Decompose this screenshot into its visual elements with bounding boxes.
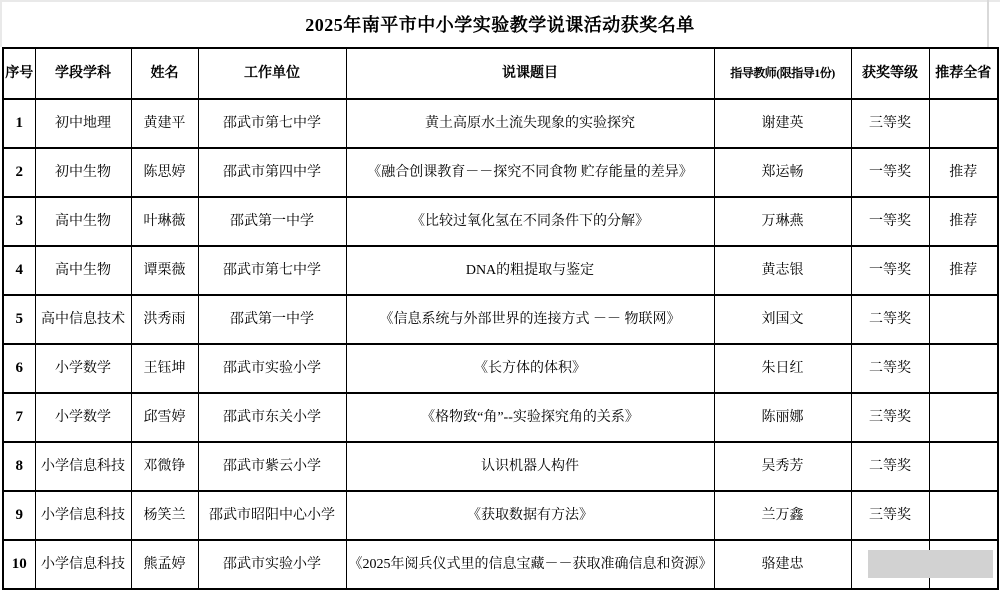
cell-lecture-topic: 《比较过氧化氢在不同条件下的分解》 xyxy=(346,197,714,246)
cell-name: 黄建平 xyxy=(131,99,198,148)
cell-serial-number: 3 xyxy=(3,197,35,246)
header-level-subject: 学段学科 xyxy=(35,48,131,99)
cell-work-unit: 邵武市第七中学 xyxy=(198,246,346,295)
header-advisor: 指导教师(限指导1份) xyxy=(714,48,851,99)
cell-name: 王钰坤 xyxy=(131,344,198,393)
cell-recommend xyxy=(929,442,998,491)
document-page: 2025年南平市中小学实验教学说课活动获奖名单 序号 学段学科 姓名 工作单位 … xyxy=(0,0,1000,590)
cell-level-subject: 高中生物 xyxy=(35,246,131,295)
cell-work-unit: 邵武市实验小学 xyxy=(198,540,346,589)
header-serial-number: 序号 xyxy=(3,48,35,99)
header-work-unit: 工作单位 xyxy=(198,48,346,99)
table-row: 5 高中信息技术 洪秀雨 邵武第一中学 《信息系统与外部世界的连接方式 －－ 物… xyxy=(3,295,998,344)
table-row: 7 小学数学 邱雪婷 邵武市东关小学 《格物致“角”--实验探究角的关系》 陈丽… xyxy=(3,393,998,442)
cell-advisor: 谢建英 xyxy=(714,99,851,148)
header-name: 姓名 xyxy=(131,48,198,99)
cell-recommend: 推荐 xyxy=(929,246,998,295)
cell-recommend xyxy=(929,344,998,393)
header-recommend: 推荐全省 xyxy=(929,48,998,99)
cell-work-unit: 邵武市东关小学 xyxy=(198,393,346,442)
cell-award-level: 三等奖 xyxy=(851,99,929,148)
cell-lecture-topic: 认识机器人构件 xyxy=(346,442,714,491)
cell-advisor: 兰万鑫 xyxy=(714,491,851,540)
cell-award-level: 三等奖 xyxy=(851,491,929,540)
cell-level-subject: 初中地理 xyxy=(35,99,131,148)
cell-recommend: 推荐 xyxy=(929,197,998,246)
cell-work-unit: 邵武市实验小学 xyxy=(198,344,346,393)
cell-advisor: 陈丽娜 xyxy=(714,393,851,442)
cell-serial-number: 8 xyxy=(3,442,35,491)
cell-name: 邱雪婷 xyxy=(131,393,198,442)
cell-level-subject: 小学信息科技 xyxy=(35,442,131,491)
cell-award-level: 二等奖 xyxy=(851,295,929,344)
cell-level-subject: 小学数学 xyxy=(35,393,131,442)
cell-lecture-topic: 《长方体的体积》 xyxy=(346,344,714,393)
cell-work-unit: 邵武市昭阳中心小学 xyxy=(198,491,346,540)
cell-advisor: 郑运畅 xyxy=(714,148,851,197)
cell-name: 谭栗薇 xyxy=(131,246,198,295)
cell-work-unit: 邵武第一中学 xyxy=(198,197,346,246)
cell-level-subject: 高中信息技术 xyxy=(35,295,131,344)
cell-lecture-topic: 《获取数据有方法》 xyxy=(346,491,714,540)
table-row: 10 小学信息科技 熊孟婷 邵武市实验小学 《2025年阅兵仪式里的信息宝藏－－… xyxy=(3,540,998,589)
cell-advisor: 骆建忠 xyxy=(714,540,851,589)
cell-advisor: 刘国文 xyxy=(714,295,851,344)
cell-award-level: 二等奖 xyxy=(851,344,929,393)
header-award-level: 获奖等级 xyxy=(851,48,929,99)
cell-serial-number: 5 xyxy=(3,295,35,344)
cell-work-unit: 邵武市第四中学 xyxy=(198,148,346,197)
cell-serial-number: 10 xyxy=(3,540,35,589)
cell-recommend: 推荐 xyxy=(929,148,998,197)
cell-work-unit: 邵武第一中学 xyxy=(198,295,346,344)
cell-advisor: 吴秀芳 xyxy=(714,442,851,491)
cell-serial-number: 6 xyxy=(3,344,35,393)
cell-level-subject: 初中生物 xyxy=(35,148,131,197)
table-row: 1 初中地理 黄建平 邵武市第七中学 黄土高原水土流失现象的实验探究 谢建英 三… xyxy=(3,99,998,148)
table-row: 2 初中生物 陈思婷 邵武市第四中学 《融合创课教育－－探究不同食物 贮存能量的… xyxy=(3,148,998,197)
cell-level-subject: 高中生物 xyxy=(35,197,131,246)
cell-advisor: 黄志银 xyxy=(714,246,851,295)
cell-recommend xyxy=(929,99,998,148)
cell-name: 杨笑兰 xyxy=(131,491,198,540)
cell-serial-number: 7 xyxy=(3,393,35,442)
cell-serial-number: 2 xyxy=(3,148,35,197)
table-row: 6 小学数学 王钰坤 邵武市实验小学 《长方体的体积》 朱日红 二等奖 xyxy=(3,344,998,393)
cell-recommend xyxy=(929,393,998,442)
cell-work-unit: 邵武市紫云小学 xyxy=(198,442,346,491)
header-lecture-topic: 说课题目 xyxy=(346,48,714,99)
cell-serial-number: 4 xyxy=(3,246,35,295)
cell-serial-number: 1 xyxy=(3,99,35,148)
cell-name: 叶琳薇 xyxy=(131,197,198,246)
cell-lecture-topic: 《格物致“角”--实验探究角的关系》 xyxy=(346,393,714,442)
cell-award-level: 二等奖 xyxy=(851,442,929,491)
cell-lecture-topic: 《信息系统与外部世界的连接方式 －－ 物联网》 xyxy=(346,295,714,344)
cell-lecture-topic: DNA的粗提取与鉴定 xyxy=(346,246,714,295)
table-row: 9 小学信息科技 杨笑兰 邵武市昭阳中心小学 《获取数据有方法》 兰万鑫 三等奖 xyxy=(3,491,998,540)
cell-advisor: 朱日红 xyxy=(714,344,851,393)
cell-name: 洪秀雨 xyxy=(131,295,198,344)
cell-lecture-topic: 黄土高原水土流失现象的实验探究 xyxy=(346,99,714,148)
cell-level-subject: 小学数学 xyxy=(35,344,131,393)
table-row: 8 小学信息科技 邓微铮 邵武市紫云小学 认识机器人构件 吴秀芳 二等奖 xyxy=(3,442,998,491)
cell-award-level: 一等奖 xyxy=(851,246,929,295)
table-row: 4 高中生物 谭栗薇 邵武市第七中学 DNA的粗提取与鉴定 黄志银 一等奖 推荐 xyxy=(3,246,998,295)
cell-award-level: 一等奖 xyxy=(851,197,929,246)
cell-level-subject: 小学信息科技 xyxy=(35,491,131,540)
cell-lecture-topic: 《2025年阅兵仪式里的信息宝藏－－获取准确信息和资源》 xyxy=(346,540,714,589)
cell-serial-number: 9 xyxy=(3,491,35,540)
page-title: 2025年南平市中小学实验教学说课活动获奖名单 xyxy=(0,0,1000,47)
cell-level-subject: 小学信息科技 xyxy=(35,540,131,589)
award-table: 序号 学段学科 姓名 工作单位 说课题目 指导教师(限指导1份) 获奖等级 推荐… xyxy=(2,47,999,590)
redacted-award-area xyxy=(868,550,993,578)
cell-recommend xyxy=(929,295,998,344)
cell-name: 陈思婷 xyxy=(131,148,198,197)
cell-name: 邓微铮 xyxy=(131,442,198,491)
table-row: 3 高中生物 叶琳薇 邵武第一中学 《比较过氧化氢在不同条件下的分解》 万琳燕 … xyxy=(3,197,998,246)
cell-name: 熊孟婷 xyxy=(131,540,198,589)
cell-lecture-topic: 《融合创课教育－－探究不同食物 贮存能量的差异》 xyxy=(346,148,714,197)
cell-award-level: 一等奖 xyxy=(851,148,929,197)
cell-award-level: 三等奖 xyxy=(851,393,929,442)
cell-recommend xyxy=(929,491,998,540)
cell-work-unit: 邵武市第七中学 xyxy=(198,99,346,148)
header-row: 序号 学段学科 姓名 工作单位 说课题目 指导教师(限指导1份) 获奖等级 推荐… xyxy=(3,48,998,99)
cell-advisor: 万琳燕 xyxy=(714,197,851,246)
